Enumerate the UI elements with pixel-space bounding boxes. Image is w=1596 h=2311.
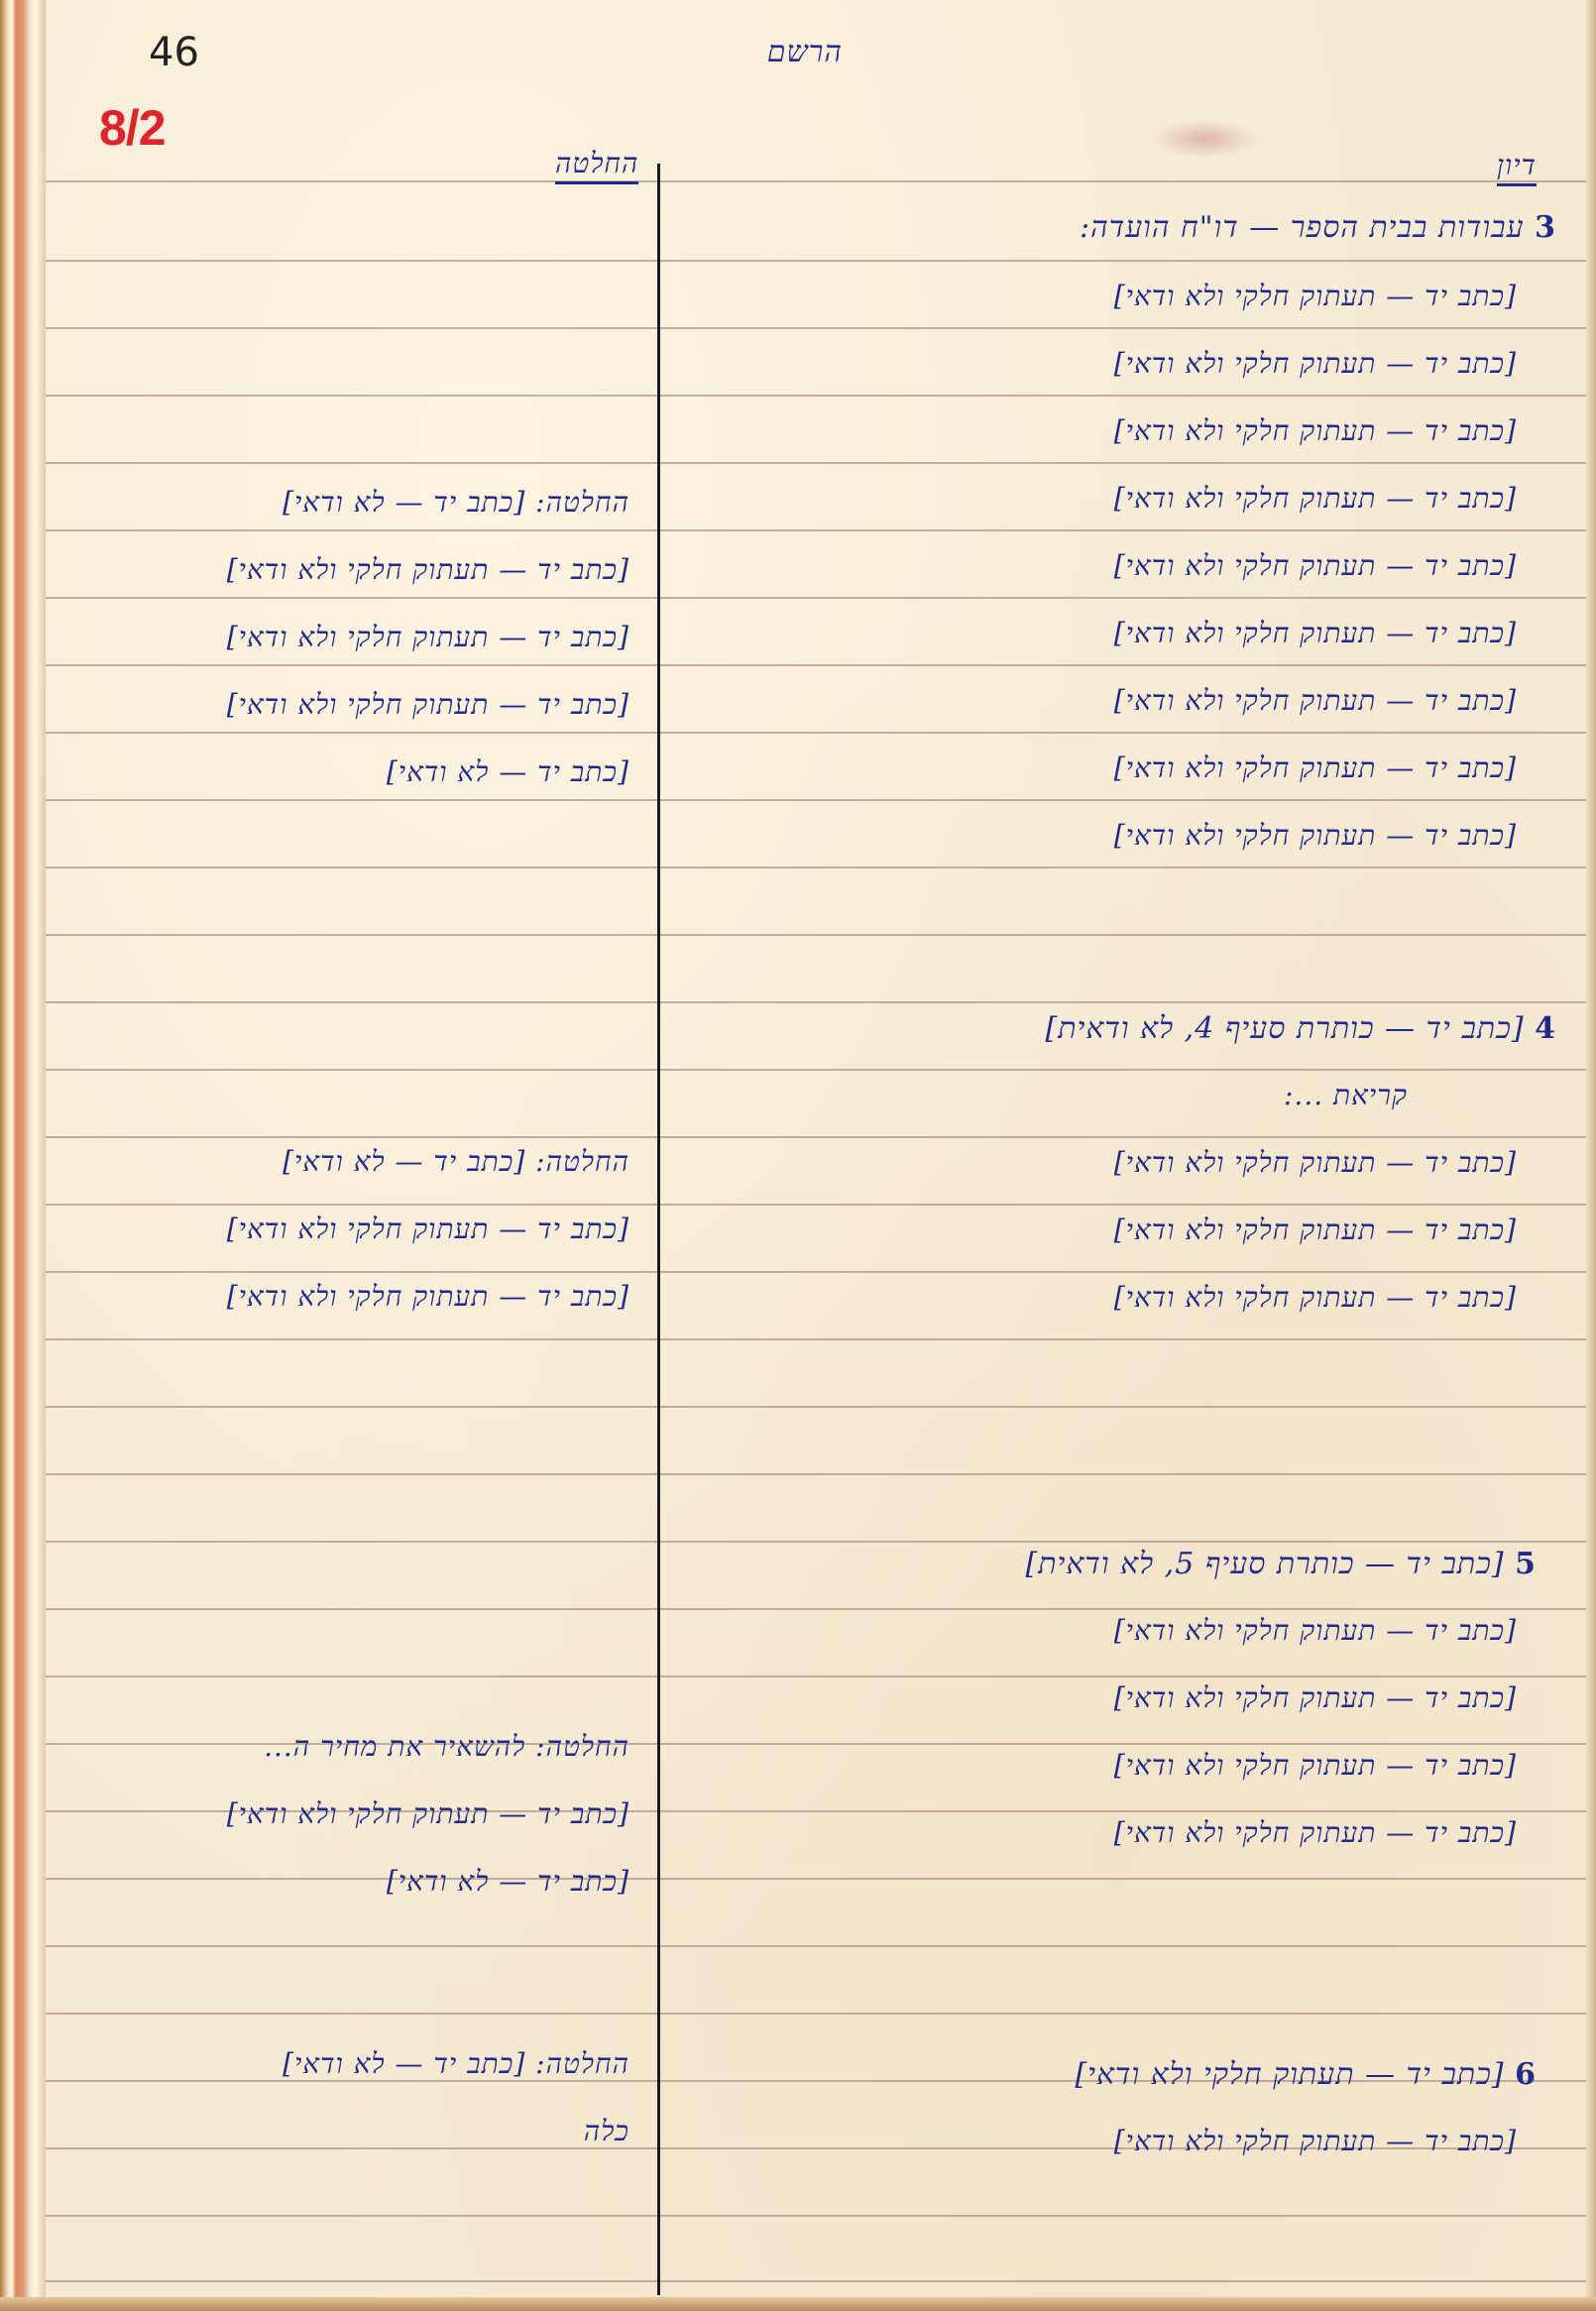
rule-line bbox=[46, 732, 1586, 734]
decision-line: [כתב יד — תעתוק חלקי ולא ודאי] bbox=[227, 1280, 629, 1314]
decision-line: [כתב יד — תעתוק חלקי ולא ודאי] bbox=[227, 1213, 629, 1246]
decision-line: [כתב יד — תעתוק חלקי ולא ודאי] bbox=[227, 553, 629, 587]
discussion-line: [כתב יד — תעתוק חלקי ולא ודאי] bbox=[1114, 617, 1517, 650]
rule-line bbox=[46, 1406, 1586, 1408]
discussion-column-header: דיון bbox=[1497, 149, 1537, 182]
discussion-section-5-title: 5 [כתב יד — כותרת סעיף 5, לא ודאית] bbox=[1026, 1547, 1537, 1581]
section-title: [כתב יד — כותרת סעיף 4, לא ודאית] bbox=[1046, 1011, 1525, 1046]
discussion-section-3-title: 3 עבודות בבית הספר — דו"ח הועדה: bbox=[1080, 210, 1556, 245]
discussion-line: [כתב יד — תעתוק חלקי ולא ודאי] bbox=[1114, 280, 1517, 313]
discussion-line: [כתב יד — תעתוק חלקי ולא ודאי] bbox=[1114, 819, 1517, 853]
rule-line bbox=[46, 867, 1586, 868]
decision-line: [כתב יד — תעתוק חלקי ולא ודאי] bbox=[227, 1797, 629, 1831]
page-binding-edge bbox=[0, 0, 46, 2311]
rule-line bbox=[46, 597, 1586, 599]
section-number: 6 bbox=[1515, 2057, 1537, 2092]
page-bottom-edge bbox=[0, 2297, 1596, 2311]
rule-line bbox=[46, 1675, 1586, 1677]
discussion-line: [כתב יד — תעתוק חלקי ולא ודאי] bbox=[1114, 1681, 1517, 1715]
decision-line: החלטה: [כתב יד — לא ודאי] bbox=[283, 2047, 629, 2081]
discussion-line: [כתב יד — תעתוק חלקי ולא ודאי] bbox=[1114, 414, 1517, 448]
rule-line bbox=[46, 2215, 1586, 2217]
page-title: הרשם bbox=[767, 35, 843, 69]
section-title: עבודות בבית הספר — דו"ח הועדה: bbox=[1080, 210, 1525, 245]
rule-line bbox=[46, 1338, 1586, 1340]
ink-smudge bbox=[1150, 119, 1259, 159]
notebook-page: 46 8/2 הרשם החלטה דיון 3 עבודות בבית הספ… bbox=[0, 0, 1596, 2311]
rule-line bbox=[46, 664, 1586, 666]
section-number: 4 bbox=[1535, 1011, 1556, 1046]
discussion-line: [כתב יד — תעתוק חלקי ולא ודאי] bbox=[1114, 549, 1517, 583]
decision-line: [כתב יד — תעתוק חלקי ולא ודאי] bbox=[227, 621, 629, 654]
discussion-line: [כתב יד — תעתוק חלקי ולא ודאי] bbox=[1114, 684, 1517, 718]
discussion-line: [כתב יד — תעתוק חלקי ולא ודאי] bbox=[1114, 1749, 1517, 1783]
rule-line bbox=[46, 799, 1586, 801]
rule-line bbox=[46, 1069, 1586, 1071]
section-number: 3 bbox=[1535, 210, 1556, 245]
section-number: 5 bbox=[1515, 1547, 1537, 1581]
decision-line: [כתב יד — לא ודאי] bbox=[387, 755, 629, 789]
rule-line bbox=[46, 2013, 1586, 2015]
decision-line: החלטה: להשאיר את מחיר ה... bbox=[264, 1730, 629, 1764]
discussion-section-4-title: 4 [כתב יד — כותרת סעיף 4, לא ודאית] bbox=[1046, 1011, 1556, 1046]
decision-line: החלטה: [כתב יד — לא ודאי] bbox=[283, 486, 629, 520]
rule-line bbox=[46, 327, 1586, 329]
rule-line bbox=[46, 1878, 1586, 1880]
discussion-line: [כתב יד — תעתוק חלקי ולא ודאי] bbox=[1075, 2057, 1504, 2092]
rule-line bbox=[46, 2280, 1586, 2282]
rule-line bbox=[46, 934, 1586, 936]
rule-line bbox=[46, 1473, 1586, 1475]
discussion-line: [כתב יד — תעתוק חלקי ולא ודאי] bbox=[1114, 1816, 1517, 1850]
discussion-header-text: דיון bbox=[1497, 149, 1537, 186]
discussion-line: [כתב יד — תעתוק חלקי ולא ודאי] bbox=[1114, 1281, 1517, 1315]
page-right-edge bbox=[1586, 0, 1596, 2311]
decision-line: החלטה: [כתב יד — לא ודאי] bbox=[283, 1145, 629, 1179]
discussion-line: [כתב יד — תעתוק חלקי ולא ודאי] bbox=[1114, 1213, 1517, 1247]
decision-line: [כתב יד — תעתוק חלקי ולא ודאי] bbox=[227, 688, 629, 722]
rule-line bbox=[46, 462, 1586, 464]
decision-line: [כתב יד — לא ודאי] bbox=[387, 1865, 629, 1899]
rule-line bbox=[46, 529, 1586, 531]
decision-header-text: החלטה bbox=[555, 147, 638, 184]
column-divider bbox=[657, 164, 660, 2295]
rule-line bbox=[46, 1204, 1586, 1206]
discussion-line: [כתב יד — תעתוק חלקי ולא ודאי] bbox=[1114, 1614, 1517, 1648]
rule-line bbox=[46, 1001, 1586, 1003]
rule-line bbox=[46, 1608, 1586, 1610]
discussion-line: [כתב יד — תעתוק חלקי ולא ודאי] bbox=[1114, 347, 1517, 381]
header-rule-line bbox=[46, 180, 1586, 182]
rule-line bbox=[46, 260, 1586, 262]
rule-line bbox=[46, 1136, 1586, 1138]
discussion-line: [כתב יד — תעתוק חלקי ולא ודאי] bbox=[1114, 1146, 1517, 1180]
discussion-section-6-title: 6 [כתב יד — תעתוק חלקי ולא ודאי] bbox=[1075, 2057, 1537, 2092]
red-stamp-label: 8/2 bbox=[99, 99, 166, 157]
decision-line: כלה bbox=[584, 2115, 629, 2148]
discussion-line: [כתב יד — תעתוק חלקי ולא ודאי] bbox=[1114, 2125, 1517, 2158]
discussion-line: קריאת ...: bbox=[1284, 1079, 1408, 1112]
section-title: [כתב יד — כותרת סעיף 5, לא ודאית] bbox=[1026, 1547, 1505, 1581]
rule-line bbox=[46, 395, 1586, 397]
rule-line bbox=[46, 1541, 1586, 1543]
discussion-line: [כתב יד — תעתוק חלקי ולא ודאי] bbox=[1114, 751, 1517, 785]
rule-line bbox=[46, 1271, 1586, 1273]
page-number: 46 bbox=[149, 30, 199, 75]
rule-line bbox=[46, 1945, 1586, 1947]
discussion-line: [כתב יד — תעתוק חלקי ולא ודאי] bbox=[1114, 482, 1517, 516]
decision-column-header: החלטה bbox=[555, 147, 638, 180]
